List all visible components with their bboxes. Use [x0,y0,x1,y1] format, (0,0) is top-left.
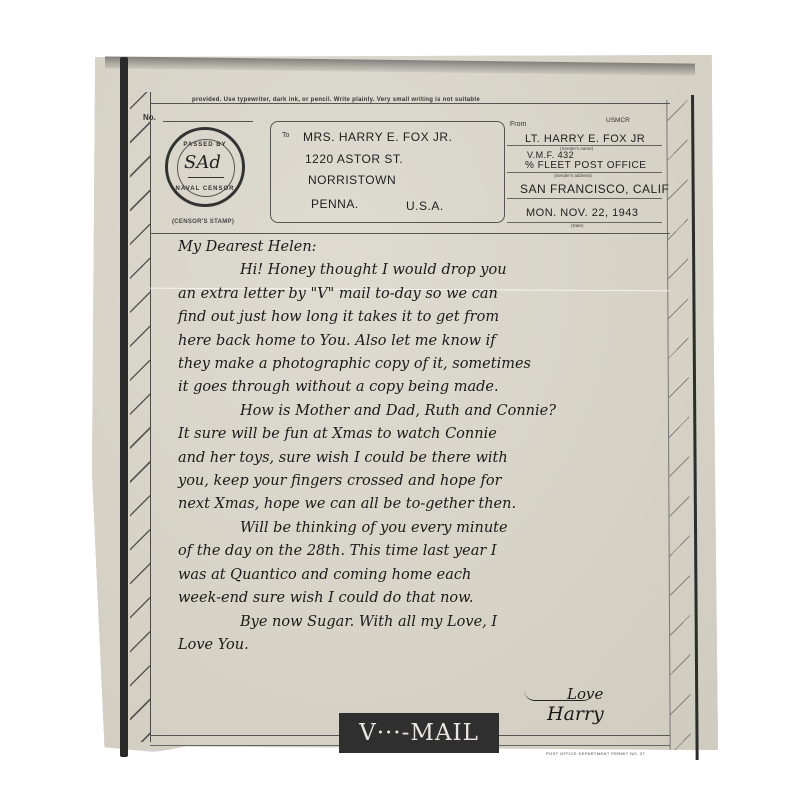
left-border-bar [120,57,128,757]
letter-date: MON. NOV. 22, 1943 [526,207,639,219]
sender-address-caption: (Sender's address) [554,173,592,178]
letter-line: find out just how long it takes it to ge… [178,306,663,329]
letter-line: Hi! Honey thought I would drop you [178,259,663,282]
number-field-line [163,121,253,122]
recipient-city: NORRISTOWN [308,173,396,187]
sender-name: LT. HARRY E. FOX JR [525,133,645,145]
salutation: My Dearest Helen: [178,236,663,259]
form-instructions: provided. Use typewriter, dark ink, or p… [192,97,612,103]
letter-line: of the day on the 28th. This time last y… [178,540,663,563]
letter-line: was at Quantico and coming home each [178,564,663,587]
left-hatch-margin [130,92,151,742]
v-mail-letter: provided. Use typewriter, dark ink, or p… [0,0,800,800]
letter-lines: Hi! Honey thought I would drop youan ext… [178,259,663,657]
right-hatch-margin [666,100,690,750]
closing: Love [567,685,603,703]
letter-line: It sure will be fun at Xmas to watch Con… [178,423,663,446]
stamp-bottom-text: NAVAL CENSOR [168,186,242,192]
sender-branch: USMCR [606,117,630,124]
divider [507,222,662,223]
letter-line: and her toys, sure wish I could be there… [178,447,663,470]
letter-line: here back home to You. Also let me know … [178,330,663,353]
signature: Harry [547,703,604,725]
sender-city: SAN FRANCISCO, CALIF [520,182,669,196]
letter-line: next Xmas, hope we can all be to-gether … [178,493,663,516]
letter-line: you, keep your fingers crossed and hope … [178,470,663,493]
letter-line: week-end sure wish I could do that now. [178,587,663,610]
sender-address: % FLEET POST OFFICE [525,160,646,171]
divider [507,198,662,199]
letter-line: an extra letter by "V" mail to-day so we… [178,283,663,306]
divider [150,103,670,104]
to-label: To [282,132,289,139]
censor-initials: SAd [184,152,221,173]
stamp-underline [188,177,224,178]
letter-line: Love You. [178,634,663,657]
divider [150,233,670,234]
letter-line: How is Mother and Dad, Ruth and Connie? [178,400,663,423]
date-caption: (Date) [571,223,584,228]
recipient-street: 1220 ASTOR ST. [305,152,403,166]
censor-stamp: PASSED BY SAd NAVAL CENSOR [165,127,245,207]
stamp-top-text: PASSED BY [168,142,242,148]
recipient-country: U.S.A. [406,199,444,213]
letter-line: Will be thinking of you every minute [178,517,663,540]
letter-line: Bye now Sugar. With all my Love, I [178,611,663,634]
censor-stamp-caption: (CENSOR'S STAMP) [172,219,234,225]
recipient-name: MRS. HARRY E. FOX JR. [303,130,452,144]
recipient-address-box: To MRS. HARRY E. FOX JR. 1220 ASTOR ST. … [270,121,505,223]
number-label: No. [143,113,156,122]
letter-line: they make a photographic copy of it, som… [178,353,663,376]
permit-number: POST OFFICE DEPARTMENT PERMIT NO. 37 [546,751,645,756]
recipient-state: PENNA. [311,197,359,211]
letter-line: it goes through without a copy being mad… [178,376,663,399]
letter-body: My Dearest Helen: Hi! Honey thought I wo… [178,236,663,657]
from-label: From [510,121,526,128]
sender-unit: V.M.F. 432 [527,150,574,160]
v-mail-logo: V···-MAIL [339,713,499,753]
